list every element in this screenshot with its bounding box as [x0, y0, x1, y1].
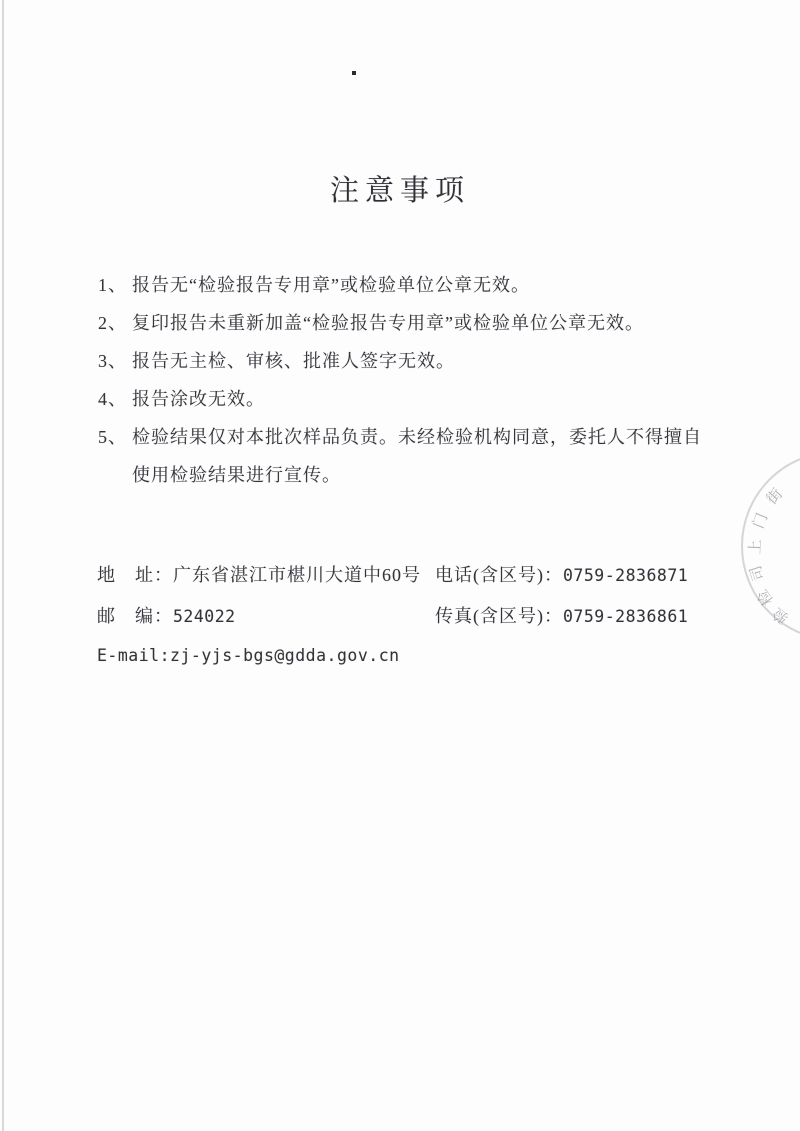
fax-value: 0759-2836861 [563, 607, 688, 626]
fax-label: 传真(含区号)： [435, 606, 563, 626]
note-text: 报告无“检验报告专用章”或检验单位公章无效。 [132, 266, 758, 304]
note-item-2: 2、 复印报告未重新加盖“检验报告专用章”或检验单位公章无效。 [98, 304, 758, 342]
note-number: 4、 [98, 380, 132, 418]
note-text: 报告涂改无效。 [132, 380, 758, 418]
postcode-value: 524022 [173, 607, 236, 626]
note-number: 2、 [98, 304, 132, 342]
note-number: 5、 [98, 418, 132, 456]
phone-value: 0759-2836871 [563, 566, 688, 585]
phone-label: 电话(含区号)： [435, 565, 563, 585]
scan-speck [352, 71, 356, 75]
note-text: 报告无主检、审核、批准人签字无效。 [132, 342, 758, 380]
stamp-arc-char: 上 [747, 538, 766, 557]
contact-phone: 电话(含区号)：0759-2836871 [435, 562, 688, 589]
note-number: 3、 [98, 342, 132, 380]
stamp-arc-char: 检 [753, 584, 778, 609]
note-item-4: 4、 报告涂改无效。 [98, 380, 758, 418]
note-number: 1、 [98, 266, 132, 304]
scanned-document-page: 注意事项 1、 报告无“检验报告专用章”或检验单位公章无效。 2、 复印报告未重… [0, 0, 800, 1131]
page-title: 注意事项 [0, 168, 800, 209]
postcode-label: 邮 编： [97, 606, 173, 626]
contact-row-email: E-mail:zj-yjs-bgs@gdda.gov.cn [97, 642, 757, 669]
email-text: E-mail:zj-yjs-bgs@gdda.gov.cn [97, 646, 400, 665]
note-text: 复印报告未重新加盖“检验报告专用章”或检验单位公章无效。 [132, 304, 758, 342]
note-item-5: 5、 检验结果仅对本批次样品负责。未经检验机构同意，委托人不得擅自 使用检验结果… [98, 418, 758, 494]
note-item-3: 3、 报告无主检、审核、批准人签字无效。 [98, 342, 758, 380]
note-text: 检验结果仅对本批次样品负责。未经检验机构同意，委托人不得擅自 使用检验结果进行宣… [132, 418, 758, 494]
stamp-arc-char: 门 [749, 509, 772, 532]
contact-row-postcode: 邮 编：524022 传真(含区号)：0759-2836861 [97, 603, 757, 630]
contact-row-address: 地 址：广东省湛江市椹川大道中60号 电话(含区号)：0759-2836871 [97, 562, 757, 588]
address-value: 广东省湛江市椹川大道中60号 [173, 565, 421, 585]
stamp-arc-char: 验 [768, 602, 793, 627]
contact-fax: 传真(含区号)：0759-2836861 [435, 603, 688, 630]
notes-list: 1、 报告无“检验报告专用章”或检验单位公章无效。 2、 复印报告未重新加盖“检… [98, 266, 758, 494]
stamp-arc-char: 街 [762, 484, 787, 509]
note-item-1: 1、 报告无“检验报告专用章”或检验单位公章无效。 [98, 266, 758, 304]
address-label: 地 址： [97, 565, 173, 585]
